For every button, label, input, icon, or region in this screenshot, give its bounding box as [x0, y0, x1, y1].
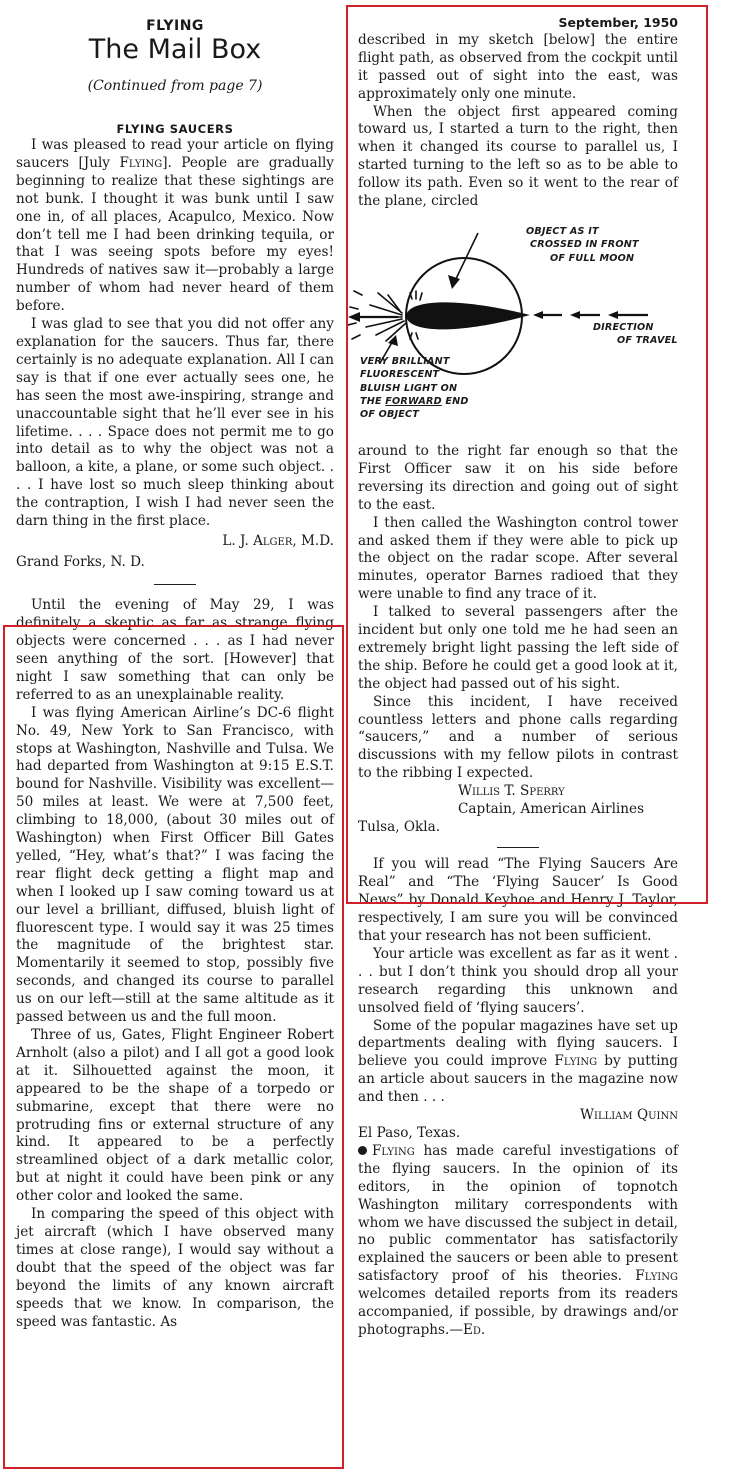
quinn-signature: William Quinn: [358, 1107, 678, 1125]
alger-paragraph-1: I was pleased to read your article on fl…: [16, 137, 334, 316]
quinn-location: El Paso, Texas.: [358, 1125, 678, 1143]
highlight-box-right: [346, 5, 708, 904]
alger-paragraph-2: I was glad to see that you did not offer…: [16, 316, 334, 531]
bullet-icon: [358, 1146, 367, 1155]
highlight-box-left: [3, 625, 344, 1469]
editor-note: Flying has made careful investigations o…: [358, 1143, 678, 1340]
quinn-paragraph-2: Your article was excellent as far as it …: [358, 946, 678, 1018]
editor-note-text: Flying has made careful investigations o…: [358, 1143, 678, 1340]
letter-alger: I was pleased to read your article on fl…: [16, 137, 334, 572]
quinn-paragraph-3: Some of the popular magazines have set u…: [358, 1018, 678, 1108]
alger-signature: L. J. Alger, M.D.: [16, 533, 334, 551]
alger-location: Grand Forks, N. D.: [16, 554, 334, 572]
